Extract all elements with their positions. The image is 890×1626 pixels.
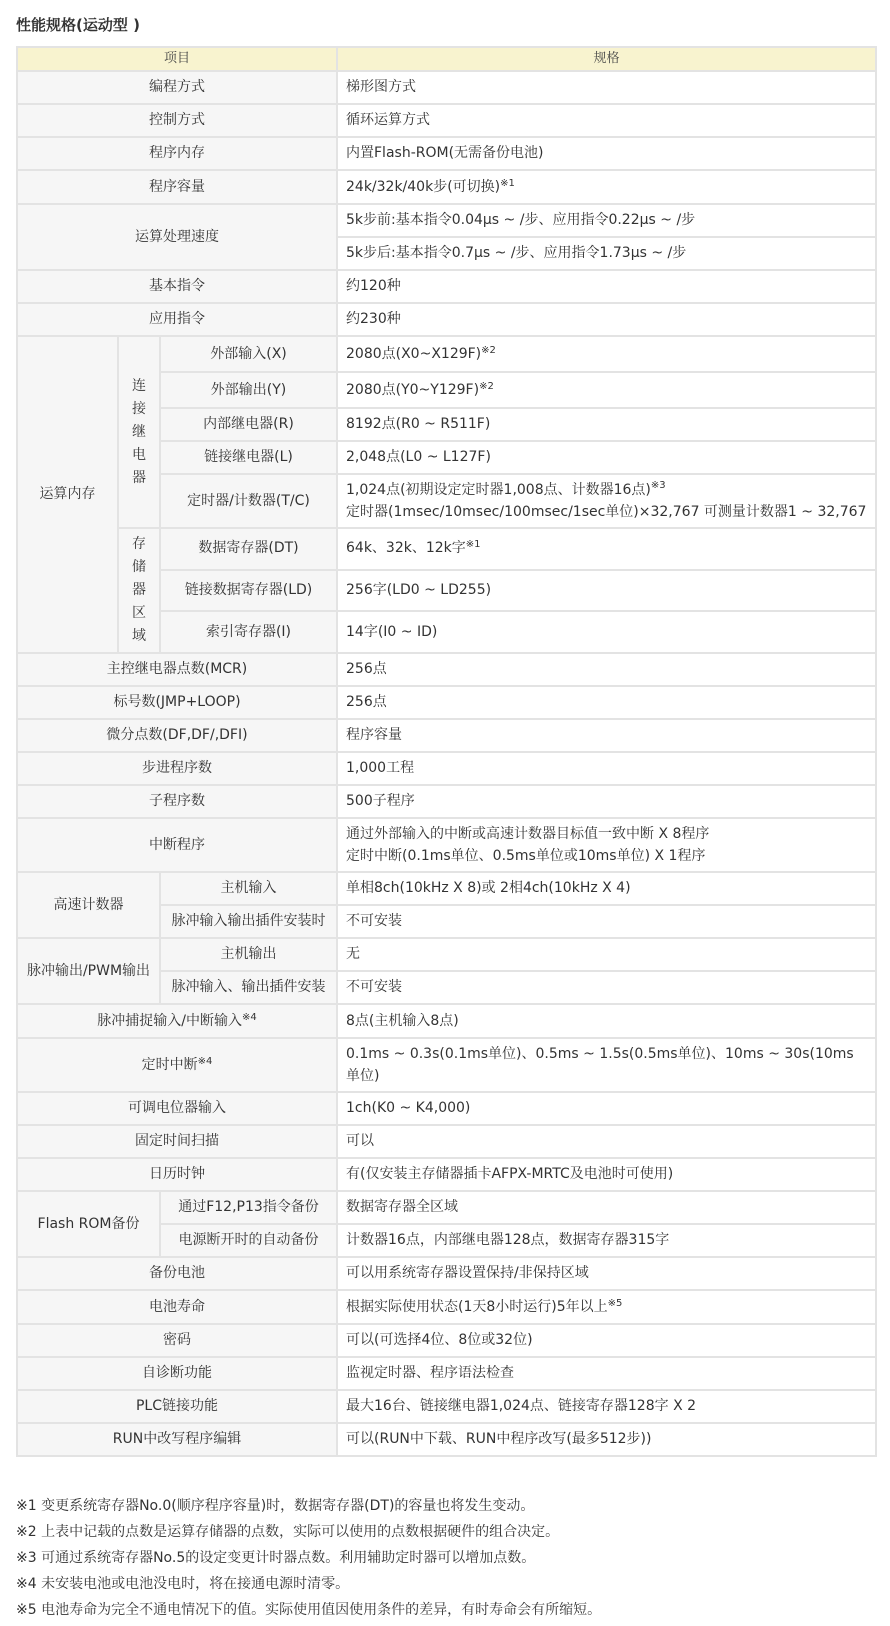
row-value: 可以(RUN中下载、RUN中程序改写(最多512步)) <box>337 1423 876 1456</box>
value-text: 64k、32k、12k字 <box>346 540 466 556</box>
table-row: 程序内存 内置Flash-ROM(无需备份电池) <box>17 137 876 170</box>
vert-char: 器 <box>132 582 146 598</box>
row-value: 2080点(X0~X129F)※2 <box>337 336 876 372</box>
row-label: 主控继电器点数(MCR) <box>17 653 337 686</box>
table-row: 标号数(JMP+LOOP) 256点 <box>17 686 876 719</box>
table-row: 电池寿命 根据实际使用状态(1天8小时运行)5年以上※5 <box>17 1290 876 1324</box>
row-label: 数据寄存器(DT) <box>160 528 337 570</box>
row-label: 固定时间扫描 <box>17 1125 337 1158</box>
row-label: 电源断开时的自动备份 <box>160 1224 337 1257</box>
row-value: 5k步后:基本指令0.7μs ~ /步、应用指令1.73μs ~ /步 <box>337 237 876 270</box>
vert-char: 储 <box>132 559 146 575</box>
row-label: 定时中断※4 <box>17 1038 337 1092</box>
table-row: 编程方式 梯形图方式 <box>17 71 876 104</box>
row-label: 应用指令 <box>17 303 337 336</box>
table-row: 自诊断功能 监视定时器、程序语法检查 <box>17 1357 876 1390</box>
row-label: RUN中改写程序编辑 <box>17 1423 337 1456</box>
vert-char: 器 <box>132 470 146 486</box>
table-row: PLC链接功能 最大16台、链接继电器1,024点、链接寄存器128字 X 2 <box>17 1390 876 1423</box>
row-label: 步进程序数 <box>17 752 337 785</box>
spec-table: 项目 规格 编程方式 梯形图方式 控制方式 循环运算方式 程序内存 内置Flas… <box>16 46 877 1457</box>
row-value: 24k/32k/40k步(可切换)※1 <box>337 170 876 204</box>
table-row: 脉冲输出/PWM输出 主机输出 无 <box>17 938 876 971</box>
table-row: 步进程序数 1,000工程 <box>17 752 876 785</box>
footnote-1: ※1 变更系统寄存器No.0(顺序程序容量)时，数据寄存器(DT)的容量也将发生… <box>16 1493 601 1519</box>
footnote-ref: ※1 <box>500 178 515 189</box>
row-value: 1ch(K0 ~ K4,000) <box>337 1092 876 1125</box>
row-value: 可以(可选择4位、8位或32位) <box>337 1324 876 1357</box>
table-row: Flash ROM备份 通过F12,P13指令备份 数据寄存器全区域 <box>17 1191 876 1224</box>
row-value: 最大16台、链接继电器1,024点、链接寄存器128字 X 2 <box>337 1390 876 1423</box>
row-label: 可调电位器输入 <box>17 1092 337 1125</box>
table-row: 控制方式 循环运算方式 <box>17 104 876 137</box>
row-value: 可以用系统寄存器设置保持/非保持区域 <box>337 1257 876 1290</box>
row-value: 监视定时器、程序语法检查 <box>337 1357 876 1390</box>
row-label: 运算处理速度 <box>17 204 337 270</box>
row-label: 微分点数(DF,DF/,DFI) <box>17 719 337 752</box>
value-text: 通过外部输入的中断或高速计数器目标值一致中断 X 8程序 <box>346 826 709 842</box>
row-label: 程序内存 <box>17 137 337 170</box>
table-row: RUN中改写程序编辑 可以(RUN中下载、RUN中程序改写(最多512步)) <box>17 1423 876 1456</box>
row-value: 无 <box>337 938 876 971</box>
vert-char: 接 <box>132 401 146 417</box>
table-header-row: 项目 规格 <box>17 47 876 71</box>
table-row: 固定时间扫描 可以 <box>17 1125 876 1158</box>
storage-group-label: 存 储 器 区 域 <box>118 528 160 653</box>
row-label: 标号数(JMP+LOOP) <box>17 686 337 719</box>
row-value: 64k、32k、12k字※1 <box>337 528 876 570</box>
row-label: 索引寄存器(I) <box>160 611 337 653</box>
row-value: 256字(LD0 ~ LD255) <box>337 570 876 612</box>
value-text: 定时器(1msec/10msec/100msec/1sec单位)×32,767 … <box>346 504 866 520</box>
row-label: 定时器/计数器(T/C) <box>160 474 337 528</box>
row-value: 根据实际使用状态(1天8小时运行)5年以上※5 <box>337 1290 876 1324</box>
row-value: 500子程序 <box>337 785 876 818</box>
table-row: 可调电位器输入 1ch(K0 ~ K4,000) <box>17 1092 876 1125</box>
table-row: 密码 可以(可选择4位、8位或32位) <box>17 1324 876 1357</box>
value-text: 2080点(Y0~Y129F) <box>346 382 479 398</box>
table-row: 备份电池 可以用系统寄存器设置保持/非保持区域 <box>17 1257 876 1290</box>
value-text: 2080点(X0~X129F) <box>346 346 481 362</box>
row-label: 脉冲输入输出插件安装时 <box>160 905 337 938</box>
row-value: 256点 <box>337 653 876 686</box>
header-spec: 规格 <box>337 47 876 71</box>
footnote-ref: ※5 <box>608 1298 623 1309</box>
table-row: 高速计数器 主机输入 单相8ch(10kHz X 8)或 2相4ch(10kHz… <box>17 872 876 905</box>
row-value: 程序容量 <box>337 719 876 752</box>
vert-char: 域 <box>132 628 146 644</box>
row-label: 主机输出 <box>160 938 337 971</box>
value-text: 24k/32k/40k步(可切换) <box>346 179 500 195</box>
footnotes: ※1 变更系统寄存器No.0(顺序程序容量)时，数据寄存器(DT)的容量也将发生… <box>16 1493 601 1623</box>
row-value: 1,024点(初期设定定时器1,008点、计数器16点)※3定时器(1msec/… <box>337 474 876 528</box>
row-value: 0.1ms ~ 0.3s(0.1ms单位)、0.5ms ~ 1.5s(0.5ms… <box>337 1038 876 1092</box>
footnote-4: ※4 未安装电池或电池没电时，将在接通电源时清零。 <box>16 1571 601 1597</box>
row-label: 密码 <box>17 1324 337 1357</box>
row-value: 约120种 <box>337 270 876 303</box>
table-row: 微分点数(DF,DF/,DFI) 程序容量 <box>17 719 876 752</box>
footnote-3: ※3 可通过系统寄存器No.5的设定变更计时器点数。利用辅助定时器可以增加点数。 <box>16 1545 601 1571</box>
page-title: 性能规格(运动型 ) <box>16 14 140 35</box>
table-row: 中断程序 通过外部输入的中断或高速计数器目标值一致中断 X 8程序定时中断(0.… <box>17 818 876 872</box>
row-label: 子程序数 <box>17 785 337 818</box>
vert-char: 电 <box>132 447 146 463</box>
row-value: 2,048点(L0 ~ L127F) <box>337 441 876 474</box>
vert-char: 继 <box>132 424 146 440</box>
row-value: 256点 <box>337 686 876 719</box>
value-text: 1,024点(初期设定定时器1,008点、计数器16点) <box>346 482 651 498</box>
row-value: 数据寄存器全区域 <box>337 1191 876 1224</box>
value-text: 定时中断(0.1ms单位、0.5ms单位或10ms单位) X 1程序 <box>346 848 705 864</box>
row-label: 通过F12,P13指令备份 <box>160 1191 337 1224</box>
relay-group-label: 连 接 继 电 器 <box>118 336 160 528</box>
row-value: 循环运算方式 <box>337 104 876 137</box>
row-label: 基本指令 <box>17 270 337 303</box>
footnote-ref: ※2 <box>479 381 494 392</box>
row-value: 2080点(Y0~Y129F)※2 <box>337 372 876 408</box>
label-text: 定时中断 <box>142 1057 198 1073</box>
table-row: 运算处理速度 5k步前:基本指令0.04μs ~ /步、应用指令0.22μs ~… <box>17 204 876 237</box>
table-row: 日历时钟 有(仅安装主存储器插卡AFPX-MRTC及电池时可使用) <box>17 1158 876 1191</box>
row-value: 约230种 <box>337 303 876 336</box>
row-label: 自诊断功能 <box>17 1357 337 1390</box>
row-label: 链接数据寄存器(LD) <box>160 570 337 612</box>
row-value: 通过外部输入的中断或高速计数器目标值一致中断 X 8程序定时中断(0.1ms单位… <box>337 818 876 872</box>
row-label: 程序容量 <box>17 170 337 204</box>
hsc-group-label: 高速计数器 <box>17 872 160 938</box>
vert-char: 区 <box>132 605 146 621</box>
row-label: 脉冲捕捉输入/中断输入※4 <box>17 1004 337 1038</box>
footnote-ref: ※3 <box>651 480 666 491</box>
row-label: 日历时钟 <box>17 1158 337 1191</box>
row-label: 外部输入(X) <box>160 336 337 372</box>
header-item: 项目 <box>17 47 337 71</box>
row-label: 内部继电器(R) <box>160 408 337 441</box>
table-row: 基本指令 约120种 <box>17 270 876 303</box>
row-label: 脉冲输入、输出插件安装 <box>160 971 337 1004</box>
table-row: 子程序数 500子程序 <box>17 785 876 818</box>
row-value: 5k步前:基本指令0.04μs ~ /步、应用指令0.22μs ~ /步 <box>337 204 876 237</box>
footnote-2: ※2 上表中记载的点数是运算存储器的点数，实际可以使用的点数根据硬件的组合决定。 <box>16 1519 601 1545</box>
vert-char: 连 <box>132 378 146 394</box>
row-value: 单相8ch(10kHz X 8)或 2相4ch(10kHz X 4) <box>337 872 876 905</box>
row-label: 电池寿命 <box>17 1290 337 1324</box>
flash-group-label: Flash ROM备份 <box>17 1191 160 1257</box>
row-value: 不可安装 <box>337 971 876 1004</box>
footnote-ref: ※4 <box>198 1056 213 1067</box>
row-value: 不可安装 <box>337 905 876 938</box>
row-label: PLC链接功能 <box>17 1390 337 1423</box>
footnote-ref: ※1 <box>466 539 481 550</box>
table-row: 应用指令 约230种 <box>17 303 876 336</box>
row-label: 编程方式 <box>17 71 337 104</box>
vert-char: 存 <box>132 536 146 552</box>
table-row: 运算内存 连 接 继 电 器 外部输入(X) 2080点(X0~X129F)※2 <box>17 336 876 372</box>
row-value: 1,000工程 <box>337 752 876 785</box>
table-row: 脉冲捕捉输入/中断输入※4 8点(主机输入8点) <box>17 1004 876 1038</box>
row-label: 主机输入 <box>160 872 337 905</box>
row-value: 有(仅安装主存储器插卡AFPX-MRTC及电池时可使用) <box>337 1158 876 1191</box>
value-text: 根据实际使用状态(1天8小时运行)5年以上 <box>346 1299 608 1315</box>
row-value: 8点(主机输入8点) <box>337 1004 876 1038</box>
table-row: 程序容量 24k/32k/40k步(可切换)※1 <box>17 170 876 204</box>
row-label: 链接继电器(L) <box>160 441 337 474</box>
row-value: 14字(I0 ~ ID) <box>337 611 876 653</box>
footnote-ref: ※2 <box>481 345 496 356</box>
memory-group-label: 运算内存 <box>17 336 118 653</box>
pwm-group-label: 脉冲输出/PWM输出 <box>17 938 160 1004</box>
row-value: 内置Flash-ROM(无需备份电池) <box>337 137 876 170</box>
row-value: 梯形图方式 <box>337 71 876 104</box>
footnote-ref: ※4 <box>242 1012 257 1023</box>
row-label: 中断程序 <box>17 818 337 872</box>
table-row: 主控继电器点数(MCR) 256点 <box>17 653 876 686</box>
row-label: 外部输出(Y) <box>160 372 337 408</box>
label-text: 脉冲捕捉输入/中断输入 <box>97 1013 242 1029</box>
row-label: 备份电池 <box>17 1257 337 1290</box>
footnote-5: ※5 电池寿命为完全不通电情况下的值。实际使用值因使用条件的差异，有时寿命会有所… <box>16 1597 601 1623</box>
table-row: 存 储 器 区 域 数据寄存器(DT) 64k、32k、12k字※1 <box>17 528 876 570</box>
row-value: 可以 <box>337 1125 876 1158</box>
row-label: 控制方式 <box>17 104 337 137</box>
row-value: 计数器16点，内部继电器128点，数据寄存器315字 <box>337 1224 876 1257</box>
table-row: 定时中断※4 0.1ms ~ 0.3s(0.1ms单位)、0.5ms ~ 1.5… <box>17 1038 876 1092</box>
row-value: 8192点(R0 ~ R511F) <box>337 408 876 441</box>
